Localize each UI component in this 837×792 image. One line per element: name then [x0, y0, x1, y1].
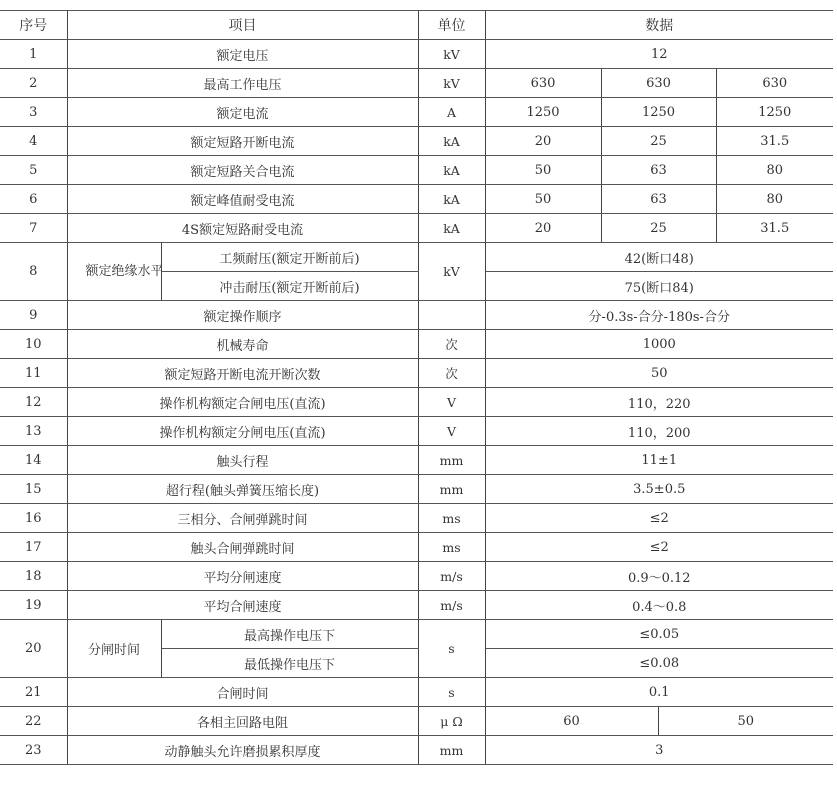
row-unit: ms: [418, 504, 485, 533]
row-sub-value: 42(断口48): [485, 243, 833, 272]
row-value-3: 630: [716, 69, 833, 98]
row-value-1: 50: [485, 185, 601, 214]
row-index: 16: [0, 504, 67, 533]
row-unit: kA: [418, 156, 485, 185]
row-unit: kV: [418, 40, 485, 69]
row-item: 机械寿命: [67, 330, 418, 359]
table-row: 8 额定绝缘水平 工频耐压(额定开断前后) kV 42(断口48): [0, 243, 833, 272]
row-sub-value: ≤0.05: [485, 620, 833, 649]
spec-table: 序号 项目 单位 数据 1 额定电压 kV 12 2 最高工作电压 kV 630…: [0, 10, 833, 765]
row-index: 22: [0, 707, 67, 736]
row-index: 17: [0, 533, 67, 562]
row-value-1: 630: [485, 69, 601, 98]
row-value: 1000: [485, 330, 833, 359]
row-value-2: 25: [601, 214, 716, 243]
row-item: 超行程(触头弹簧压缩长度): [67, 475, 418, 504]
row-value-3: 80: [716, 185, 833, 214]
row-item: 操作机构额定合闸电压(直流): [67, 388, 418, 417]
row-index: 7: [0, 214, 67, 243]
row-value: 110，200: [485, 417, 833, 446]
row-value-2: 1250: [601, 98, 716, 127]
row-unit: kA: [418, 214, 485, 243]
row-value-2: 63: [601, 156, 716, 185]
row-item: 三相分、合闸弹跳时间: [67, 504, 418, 533]
header-row: 序号 项目 单位 数据: [0, 11, 833, 40]
row-index: 4: [0, 127, 67, 156]
row-item: 动静触头允许磨损累积厚度: [67, 736, 418, 765]
row-item: 各相主回路电阻: [67, 707, 418, 736]
row-unit: s: [418, 678, 485, 707]
row-item: 触头合闸弹跳时间: [67, 533, 418, 562]
row-value: ≤2: [485, 533, 833, 562]
table-row: 2 最高工作电压 kV 630 630 630: [0, 69, 833, 98]
row-value-3: 31.5: [716, 214, 833, 243]
row-sub-value: ≤0.08: [485, 649, 833, 678]
row-sub-item: 冲击耐压(额定开断前后): [161, 272, 418, 301]
row-value-1: 20: [485, 127, 601, 156]
row-value: 110，220: [485, 388, 833, 417]
row-item: 额定短路开断电流开断次数: [67, 359, 418, 388]
row-value: 0.4～0.8: [485, 591, 833, 620]
row-value: 11±1: [485, 446, 833, 475]
row-index: 23: [0, 736, 67, 765]
row-index: 2: [0, 69, 67, 98]
header-unit: 单位: [418, 11, 485, 40]
row-item: 额定操作顺序: [67, 301, 418, 330]
row-value-1: 60: [485, 707, 658, 736]
row-index: 14: [0, 446, 67, 475]
row-index: 19: [0, 591, 67, 620]
row-index: 3: [0, 98, 67, 127]
table-row: 15 超行程(触头弹簧压缩长度) mm 3.5±0.5: [0, 475, 833, 504]
row-unit: kV: [418, 243, 485, 301]
table-row: 7 4S额定短路耐受电流 kA 20 25 31.5: [0, 214, 833, 243]
row-item: 额定短路开断电流: [67, 127, 418, 156]
row-item: 操作机构额定分闸电压(直流): [67, 417, 418, 446]
row-value: 0.1: [485, 678, 833, 707]
row-unit: mm: [418, 446, 485, 475]
row-value: 0.9～0.12: [485, 562, 833, 591]
row-index: 20: [0, 620, 67, 678]
row-unit: ms: [418, 533, 485, 562]
row-unit: V: [418, 388, 485, 417]
table-row: 3 额定电流 A 1250 1250 1250: [0, 98, 833, 127]
row-value-3: 31.5: [716, 127, 833, 156]
table-row: 23 动静触头允许磨损累积厚度 mm 3: [0, 736, 833, 765]
row-unit: V: [418, 417, 485, 446]
table-row: 13 操作机构额定分闸电压(直流) V 110，200: [0, 417, 833, 446]
row-unit: 次: [418, 330, 485, 359]
table-row: 21 合闸时间 s 0.1: [0, 678, 833, 707]
row-index: 9: [0, 301, 67, 330]
row-item: 最高工作电压: [67, 69, 418, 98]
row-item: 额定峰值耐受电流: [67, 185, 418, 214]
row-unit: m/s: [418, 591, 485, 620]
row-item: 平均分闸速度: [67, 562, 418, 591]
table-row: 11 额定短路开断电流开断次数 次 50: [0, 359, 833, 388]
row-sub-item: 最低操作电压下: [161, 649, 418, 678]
row-sub-item: 最高操作电压下: [161, 620, 418, 649]
row-value: 12: [485, 40, 833, 69]
header-data: 数据: [485, 11, 833, 40]
row-index: 5: [0, 156, 67, 185]
row-unit: mm: [418, 475, 485, 504]
row-value: 3: [485, 736, 833, 765]
row-item: 4S额定短路耐受电流: [67, 214, 418, 243]
row-item: 触头行程: [67, 446, 418, 475]
table-row: 18 平均分闸速度 m/s 0.9～0.12: [0, 562, 833, 591]
row-item: 额定短路关合电流: [67, 156, 418, 185]
table-row: 16 三相分、合闸弹跳时间 ms ≤2: [0, 504, 833, 533]
row-unit: 次: [418, 359, 485, 388]
row-value-2: 25: [601, 127, 716, 156]
row-item: 合闸时间: [67, 678, 418, 707]
row-value-2: 63: [601, 185, 716, 214]
table-row: 14 触头行程 mm 11±1: [0, 446, 833, 475]
row-value-3: 1250: [716, 98, 833, 127]
row-index: 10: [0, 330, 67, 359]
row-group: 额定绝缘水平: [67, 243, 161, 301]
row-unit: μ Ω: [418, 707, 485, 736]
row-value-3: 80: [716, 156, 833, 185]
row-value-2: 630: [601, 69, 716, 98]
row-index: 18: [0, 562, 67, 591]
row-item: 额定电压: [67, 40, 418, 69]
row-index: 11: [0, 359, 67, 388]
row-sub-item: 工频耐压(额定开断前后): [161, 243, 418, 272]
header-index: 序号: [0, 11, 67, 40]
table-row: 4 额定短路开断电流 kA 20 25 31.5: [0, 127, 833, 156]
row-value-1: 1250: [485, 98, 601, 127]
table-row: 22 各相主回路电阻 μ Ω 60 50: [0, 707, 833, 736]
row-index: 21: [0, 678, 67, 707]
table-row: 19 平均合闸速度 m/s 0.4～0.8: [0, 591, 833, 620]
header-item: 项目: [67, 11, 418, 40]
row-item: 额定电流: [67, 98, 418, 127]
row-value: 50: [485, 359, 833, 388]
row-index: 12: [0, 388, 67, 417]
row-unit: kA: [418, 127, 485, 156]
row-value-1: 50: [485, 156, 601, 185]
row-index: 15: [0, 475, 67, 504]
row-value-2: 50: [658, 707, 833, 736]
row-unit: s: [418, 620, 485, 678]
row-value: 3.5±0.5: [485, 475, 833, 504]
row-unit: m/s: [418, 562, 485, 591]
row-index: 8: [0, 243, 67, 301]
table-row: 20 分闸时间 最高操作电压下 s ≤0.05: [0, 620, 833, 649]
table-row: 17 触头合闸弹跳时间 ms ≤2: [0, 533, 833, 562]
table-row: 6 额定峰值耐受电流 kA 50 63 80: [0, 185, 833, 214]
row-value-1: 20: [485, 214, 601, 243]
row-value: 分-0.3s-合分-180s-合分: [485, 301, 833, 330]
row-group: 分闸时间: [67, 620, 161, 678]
row-sub-value: 75(断口84): [485, 272, 833, 301]
table-row: 10 机械寿命 次 1000: [0, 330, 833, 359]
row-unit: A: [418, 98, 485, 127]
table-row: 5 额定短路关合电流 kA 50 63 80: [0, 156, 833, 185]
row-item: 平均合闸速度: [67, 591, 418, 620]
row-value: ≤2: [485, 504, 833, 533]
row-index: 13: [0, 417, 67, 446]
row-unit: kA: [418, 185, 485, 214]
table-row: 9 额定操作顺序 分-0.3s-合分-180s-合分: [0, 301, 833, 330]
table-row: 1 额定电压 kV 12: [0, 40, 833, 69]
row-index: 1: [0, 40, 67, 69]
row-unit: mm: [418, 736, 485, 765]
row-unit: [418, 301, 485, 330]
row-index: 6: [0, 185, 67, 214]
table-row: 12 操作机构额定合闸电压(直流) V 110，220: [0, 388, 833, 417]
row-unit: kV: [418, 69, 485, 98]
